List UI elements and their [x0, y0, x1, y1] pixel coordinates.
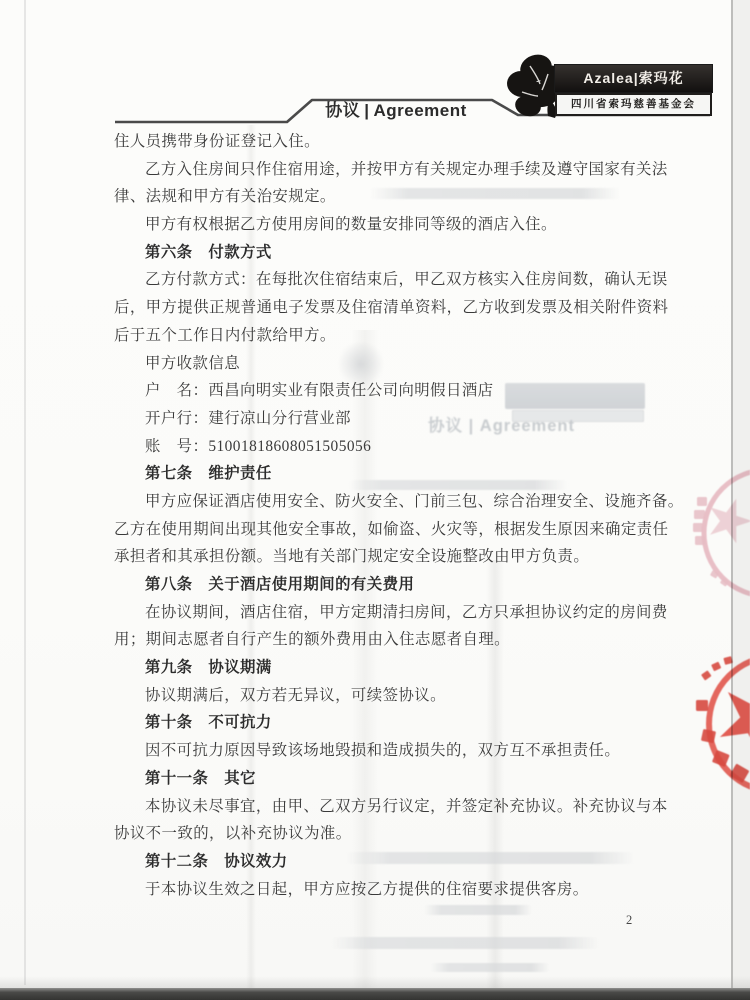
agreement-page: 协议 | Agreement 协议|Agreement [0, 0, 750, 1000]
body-line: 协议不一致的，以补充协议为准。 [114, 820, 654, 848]
body-line: 用；期间志愿者自行产生的额外费用由入住志愿者自理。 [114, 626, 654, 654]
clause-heading: 第八条 关于酒店使用期间的有关费用 [114, 571, 654, 599]
body-line: 甲方应保证酒店使用安全、防火安全、门前三包、综合治理安全、设施齐备。 [114, 488, 654, 516]
page-number: 2 [626, 913, 632, 928]
bleedthrough-artifact [330, 937, 600, 949]
body-line: 甲方有权根据乙方使用房间的数量安排同等级的酒店入住。 [114, 211, 654, 239]
clause-heading: 第十一条 其它 [114, 765, 654, 793]
page-edge-line [731, 0, 733, 988]
body-line: 后，甲方提供正规普通电子发票及住宿清单资料，乙方收到发票及相关附件资料 [114, 294, 654, 322]
org-logo: Azalea|索玛花 四川省索玛慈善基金会 [498, 52, 712, 118]
scanned-document: 协议 | Agreement 协议|Agreement [0, 0, 750, 1000]
agreement-body: 住人员携带身份证登记入住。乙方入住房间只作住宿用途，并按甲方有关规定办理手续及遵… [114, 128, 654, 903]
body-line: 乙方付款方式：在每批次住宿结束后，甲乙双方核实入住房间数，确认无误 [114, 266, 654, 294]
body-line: 户 名：西昌向明实业有限责任公司向明假日酒店 [114, 377, 654, 405]
clause-heading: 第九条 协议期满 [114, 654, 654, 682]
body-line: 住人员携带身份证登记入住。 [114, 128, 654, 156]
banner-title-zh: 协议 [325, 101, 360, 120]
page-edge-margin [733, 0, 750, 988]
clause-heading: 第七条 维护责任 [114, 460, 654, 488]
logo-brand-zh: 索玛花 [639, 70, 684, 86]
scan-shadow [0, 976, 750, 988]
scan-bottom-edge [0, 988, 750, 1000]
bleedthrough-artifact [430, 963, 550, 972]
body-line: 协议期满后，双方若无异议，可续签协议。 [114, 682, 654, 710]
body-line: 乙方在使用期间出现其他安全事故，如偷盗、火灾等，根据发生原因来确定责任 [114, 516, 654, 544]
body-line: 律、法规和甲方有关治安规定。 [114, 183, 654, 211]
scan-fold-line [24, 0, 26, 985]
clause-heading: 第十条 不可抗力 [114, 709, 654, 737]
body-line: 承担者和其承担份额。当地有关部门规定安全设施整改由甲方负责。 [114, 543, 654, 571]
body-line: 开户行：建行凉山分行营业部 [114, 405, 654, 433]
body-line: 后于五个工作日内付款给甲方。 [114, 322, 654, 350]
clause-heading: 第六条 付款方式 [114, 239, 654, 267]
page-banner-title: 协议|Agreement [300, 96, 492, 120]
body-line: 本协议未尽事宜，由甲、乙双方另行议定，并签定补充协议。补充协议与本 [114, 793, 654, 821]
body-line: 账 号：51001818608051505056 [114, 433, 654, 461]
clause-heading: 第十二条 协议效力 [114, 848, 654, 876]
logo-brand-en: Azalea [583, 70, 633, 86]
logo-org-name: 四川省索玛慈善基金会 [555, 93, 712, 116]
bleedthrough-artifact [424, 905, 532, 915]
body-line: 于本协议生效之日起，甲方应按乙方提供的住宿要求提供客房。 [114, 876, 654, 904]
body-line: 乙方入住房间只作住宿用途，并按甲方有关规定办理手续及遵守国家有关法 [114, 156, 654, 184]
banner-title-en: Agreement [373, 101, 466, 120]
banner-title-separator: | [360, 101, 373, 120]
body-line: 在协议期间，酒店住宿，甲方定期清扫房间，乙方只承担协议约定的房间费 [114, 599, 654, 627]
body-line: 甲方收款信息 [114, 350, 654, 378]
logo-brand-text: Azalea|索玛花 [555, 65, 712, 92]
body-line: 因不可抗力原因导致该场地毁损和造成损失的，双方互不承担责任。 [114, 737, 654, 765]
